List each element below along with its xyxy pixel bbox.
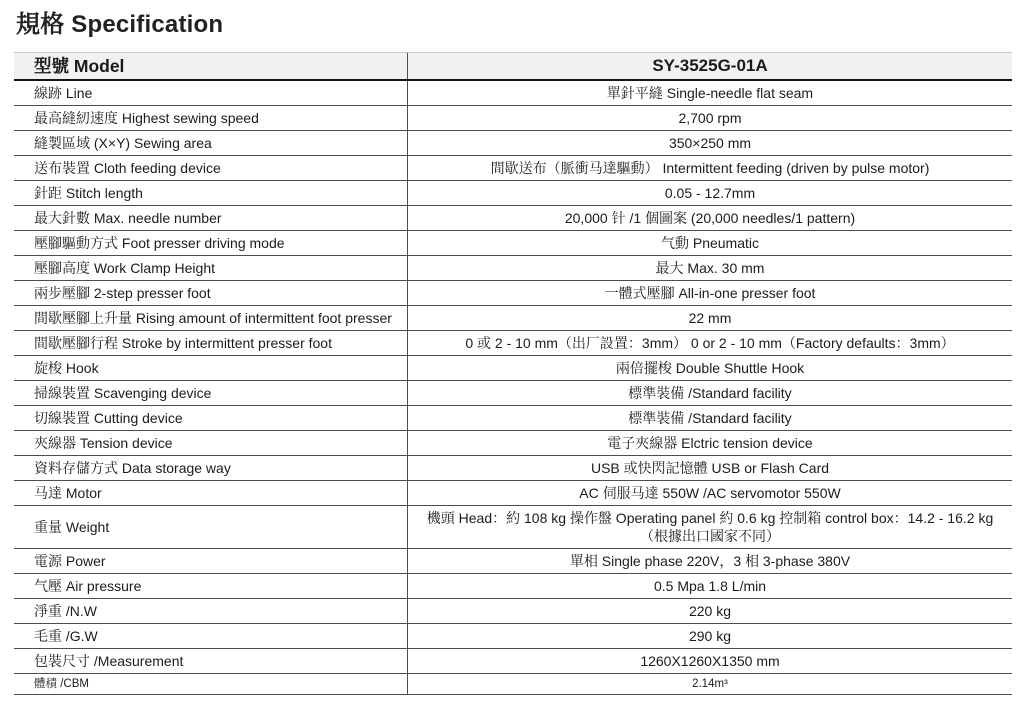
table-row: 掃線裝置 Scavenging device 標準裝備 /Standard fa… — [14, 381, 1012, 406]
spec-row-value: USB 或快閃記憶體 USB or Flash Card — [408, 456, 1012, 480]
spec-row-value: 電子夾線器 Elctric tension device — [408, 431, 1012, 455]
spec-row-label: 马達 Motor — [14, 481, 408, 505]
table-row: 气壓 Air pressure 0.5 Mpa 1.8 L/min — [14, 574, 1012, 599]
table-row: 淨重 /N.W 220 kg — [14, 599, 1012, 624]
spec-row-label: 切線裝置 Cutting device — [14, 406, 408, 430]
table-row: 針距 Stitch length 0.05 - 12.7mm — [14, 181, 1012, 206]
table-row: 電源 Power 單相 Single phase 220V，3 相 3-phas… — [14, 549, 1012, 574]
header-model-value: SY-3525G-01A — [408, 53, 1012, 79]
spec-row-value: 單相 Single phase 220V，3 相 3-phase 380V — [408, 549, 1012, 573]
spec-row-value: 2.14m³ — [408, 674, 1012, 694]
spec-row-label: 電源 Power — [14, 549, 408, 573]
spec-page: 規格 Specification 型號 Model SY-3525G-01A 線… — [0, 0, 1024, 706]
table-row: 切線裝置 Cutting device 標準裝備 /Standard facil… — [14, 406, 1012, 431]
table-row: 送布裝置 Cloth feeding device 間歇送布（脈衝马達驅動） I… — [14, 156, 1012, 181]
spec-row-value: 標準裝備 /Standard facility — [408, 381, 1012, 405]
spec-row-label: 气壓 Air pressure — [14, 574, 408, 598]
spec-row-value: 兩倍擺梭 Double Shuttle Hook — [408, 356, 1012, 380]
spec-row-value: 2,700 rpm — [408, 106, 1012, 130]
spec-row-label: 兩步壓腳 2-step presser foot — [14, 281, 408, 305]
spec-row-value: 350×250 mm — [408, 131, 1012, 155]
spec-row-label: 體積 /CBM — [14, 674, 408, 694]
spec-row-label: 壓腳驅動方式 Foot presser driving mode — [14, 231, 408, 255]
table-row: 間歇壓腳上升量 Rising amount of intermittent fo… — [14, 306, 1012, 331]
spec-row-label: 間歇壓腳上升量 Rising amount of intermittent fo… — [14, 306, 408, 330]
spec-row-label: 線跡 Line — [14, 81, 408, 105]
table-row: 兩步壓腳 2-step presser foot 一體式壓腳 All-in-on… — [14, 281, 1012, 306]
table-row: 壓腳驅動方式 Foot presser driving mode 气動 Pneu… — [14, 231, 1012, 256]
spec-row-label: 資料存儲方式 Data storage way — [14, 456, 408, 480]
spec-row-value: 間歇送布（脈衝马達驅動） Intermittent feeding (drive… — [408, 156, 1012, 180]
table-row: 重量 Weight 機頭 Head：約 108 kg 操作盤 Operating… — [14, 506, 1012, 549]
table-row: 最大針數 Max. needle number 20,000 针 /1 個圖案 … — [14, 206, 1012, 231]
spec-row-value: 22 mm — [408, 306, 1012, 330]
spec-row-value: 气動 Pneumatic — [408, 231, 1012, 255]
spec-row-value: 0.05 - 12.7mm — [408, 181, 1012, 205]
spec-row-label: 間歇壓腳行程 Stroke by intermittent presser fo… — [14, 331, 408, 355]
table-row: 马達 Motor AC 伺服马達 550W /AC servomotor 550… — [14, 481, 1012, 506]
spec-row-label: 夾線器 Tension device — [14, 431, 408, 455]
spec-row-value: 標準裝備 /Standard facility — [408, 406, 1012, 430]
spec-row-label: 最大針數 Max. needle number — [14, 206, 408, 230]
table-row: 線跡 Line 單針平縫 Single-needle flat seam — [14, 81, 1012, 106]
table-row: 最高縫紉速度 Highest sewing speed 2,700 rpm — [14, 106, 1012, 131]
spec-row-label: 旋梭 Hook — [14, 356, 408, 380]
table-row: 毛重 /G.W 290 kg — [14, 624, 1012, 649]
table-row: 縫製區域 (X×Y) Sewing area 350×250 mm — [14, 131, 1012, 156]
spec-row-label: 縫製區域 (X×Y) Sewing area — [14, 131, 408, 155]
spec-row-value: AC 伺服马達 550W /AC servomotor 550W — [408, 481, 1012, 505]
table-row: 資料存儲方式 Data storage way USB 或快閃記憶體 USB o… — [14, 456, 1012, 481]
spec-row-value: 0.5 Mpa 1.8 L/min — [408, 574, 1012, 598]
table-header-row: 型號 Model SY-3525G-01A — [14, 53, 1012, 81]
table-body: 線跡 Line 單針平縫 Single-needle flat seam 最高縫… — [14, 81, 1012, 695]
spec-row-value: 最大 Max. 30 mm — [408, 256, 1012, 280]
spec-row-value: 機頭 Head：約 108 kg 操作盤 Operating panel 約 0… — [408, 506, 1012, 548]
spec-row-label: 壓腳高度 Work Clamp Height — [14, 256, 408, 280]
table-row: 間歇壓腳行程 Stroke by intermittent presser fo… — [14, 331, 1012, 356]
spec-row-value: 20,000 针 /1 個圖案 (20,000 needles/1 patter… — [408, 206, 1012, 230]
page-title: 規格 Specification — [16, 11, 1012, 39]
spec-row-value: 220 kg — [408, 599, 1012, 623]
spec-row-label: 毛重 /G.W — [14, 624, 408, 648]
spec-row-label: 掃線裝置 Scavenging device — [14, 381, 408, 405]
table-row: 壓腳高度 Work Clamp Height 最大 Max. 30 mm — [14, 256, 1012, 281]
table-row: 包裝尺寸 /Measurement 1260X1260X1350 mm — [14, 649, 1012, 674]
table-row: 體積 /CBM 2.14m³ — [14, 674, 1012, 695]
specification-table: 型號 Model SY-3525G-01A 線跡 Line 單針平縫 Singl… — [14, 52, 1012, 695]
spec-row-label: 重量 Weight — [14, 506, 408, 548]
header-model-label: 型號 Model — [14, 53, 408, 79]
spec-row-value: 單針平縫 Single-needle flat seam — [408, 81, 1012, 105]
spec-row-label: 最高縫紉速度 Highest sewing speed — [14, 106, 408, 130]
spec-row-value: 1260X1260X1350 mm — [408, 649, 1012, 673]
table-row: 夾線器 Tension device 電子夾線器 Elctric tension… — [14, 431, 1012, 456]
spec-row-label: 淨重 /N.W — [14, 599, 408, 623]
spec-row-label: 包裝尺寸 /Measurement — [14, 649, 408, 673]
table-row: 旋梭 Hook 兩倍擺梭 Double Shuttle Hook — [14, 356, 1012, 381]
spec-row-value: 290 kg — [408, 624, 1012, 648]
spec-row-value: 一體式壓腳 All-in-one presser foot — [408, 281, 1012, 305]
spec-row-label: 送布裝置 Cloth feeding device — [14, 156, 408, 180]
spec-row-value: 0 或 2 - 10 mm（出厂設置：3mm） 0 or 2 - 10 mm（F… — [408, 331, 1012, 355]
spec-row-label: 針距 Stitch length — [14, 181, 408, 205]
